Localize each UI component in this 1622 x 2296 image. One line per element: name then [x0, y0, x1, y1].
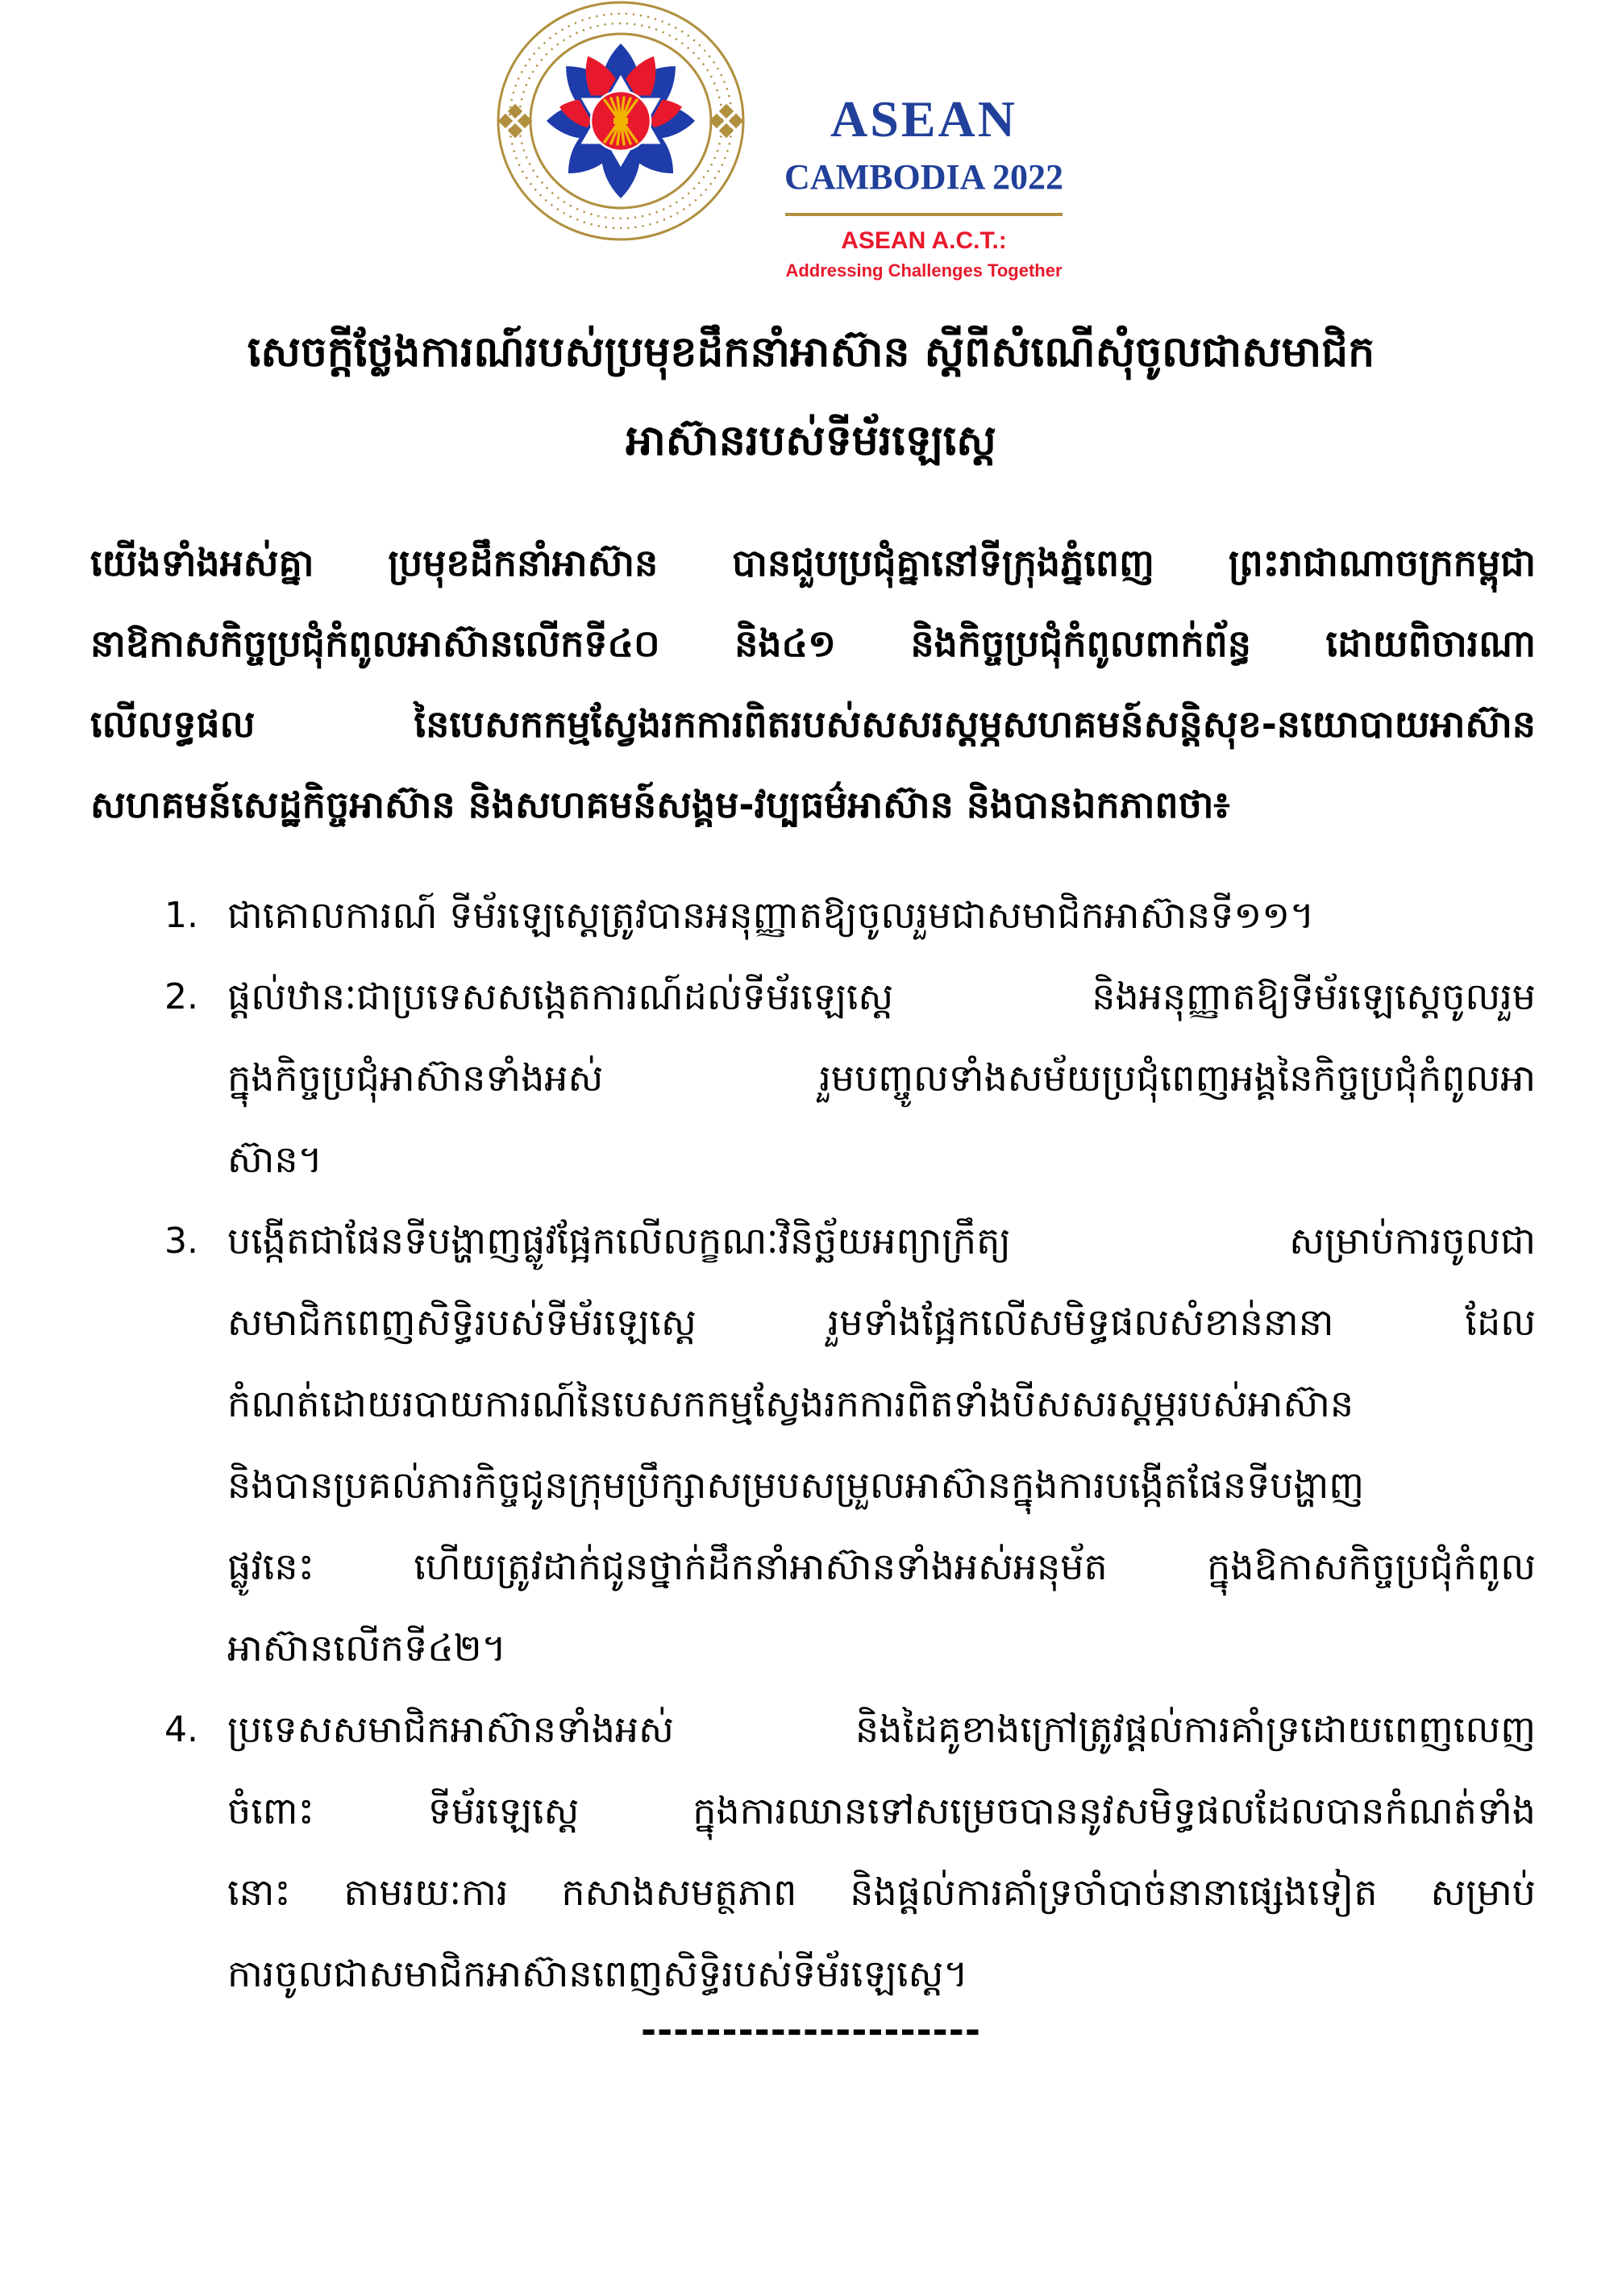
text-line: ជាគោលការណ៍ ទីម័រឡេស្តេត្រូវបានអនុញ្ញាតឱ្…: [227, 875, 1536, 956]
intro-paragraph: យើងទាំងអស់គ្នា ប្រមុខដឹកនាំអាស៊ាន បានជួប…: [90, 522, 1536, 845]
list-item-1: 1. ជាគោលការណ៍ ទីម័រឡេស្តេត្រូវបានអនុញ្ញា…: [90, 875, 1536, 956]
list-item-text: ប្រទេសសមាជិកអាស៊ានទាំងអស់ និងដៃគូខាងក្រៅ…: [227, 1689, 1536, 2015]
text-line: អាស៊ានលើកទី៤២។: [227, 1608, 1536, 1689]
text-line: ផ្លូវនេះ ហើយត្រូវដាក់ជូនថ្នាក់ដឹកនាំអាស៊…: [227, 1526, 1536, 1608]
intro-line: សហគមន៍សេដ្ឋកិច្ចអាស៊ាន និងសហគមន៍សង្គម-វប…: [90, 764, 1536, 845]
text-line: បង្កើតជាផែនទីបង្ហាញផ្លូវផ្អែកលើលក្ខណៈវិន…: [227, 1200, 1536, 1282]
text-line: ស៊ាន។: [227, 1119, 1536, 1200]
asean-cambodia-2022-emblem-icon: [495, 0, 747, 245]
list-item-text: បង្កើតជាផែនទីបង្ហាញផ្លូវផ្អែកលើលក្ខណៈវិន…: [227, 1200, 1536, 1689]
document-page: ASEAN CAMBODIA 2022 ASEAN A.C.T.: Addres…: [0, 0, 1622, 2296]
end-separator: ---------------------: [0, 1998, 1622, 2062]
logo-asean-text: ASEAN: [830, 94, 1017, 145]
text-line: កំណត់ដោយរបាយការណ៍នៃបេសកកម្មស្វែងរកការពិត…: [227, 1363, 1536, 1445]
text-line: ផ្តល់ឋានៈជាប្រទេសសង្កេតការណ៍ដល់ទីម័រឡេស្…: [227, 956, 1536, 1038]
numbered-list: 1. ជាគោលការណ៍ ទីម័រឡេស្តេត្រូវបានអនុញ្ញា…: [90, 875, 1536, 2015]
intro-line: លើលទ្ធផល នៃបេសកកម្មស្វែងរកការពិតរបស់សសរស…: [90, 684, 1536, 764]
logo-tagline-text: Addressing Challenges Together: [785, 260, 1062, 281]
intro-line: យើងទាំងអស់គ្នា ប្រមុខដឹកនាំអាស៊ាន បានជួប…: [90, 522, 1536, 603]
logo-act-text: ASEAN A.C.T.:: [841, 227, 1007, 254]
list-item-2: 2. ផ្តល់ឋានៈជាប្រទេសសង្កេតការណ៍ដល់ទីម័រឡ…: [90, 956, 1536, 1200]
text-line: ប្រទេសសមាជិកអាស៊ានទាំងអស់ និងដៃគូខាងក្រៅ…: [227, 1689, 1536, 1770]
statement-title-line-2: អាស៊ានរបស់ទីម័រឡេស្តេ: [0, 405, 1622, 477]
list-item-number: 4.: [164, 1689, 227, 1770]
logo-wordmark: ASEAN CAMBODIA 2022 ASEAN A.C.T.: Addres…: [782, 94, 1066, 281]
logo-cambodia-2022-text: CAMBODIA 2022: [784, 160, 1063, 195]
list-item-number: 2.: [164, 956, 227, 1038]
list-item-3: 3. បង្កើតជាផែនទីបង្ហាញផ្លូវផ្អែកលើលក្ខណៈ…: [90, 1200, 1536, 1689]
list-item-number: 1.: [164, 875, 227, 956]
text-line: ចំពោះ ទីម័រឡេស្តេ ក្នុងការឈានទៅសម្រេចបាន…: [227, 1770, 1536, 1852]
list-item-text: ផ្តល់ឋានៈជាប្រទេសសង្កេតការណ៍ដល់ទីម័រឡេស្…: [227, 956, 1536, 1200]
logo-gold-rule: [785, 213, 1063, 216]
gold-diamond-right: [709, 104, 743, 138]
gold-diamond-left: [498, 104, 532, 138]
intro-line: នាឱកាសកិច្ចប្រជុំកំពូលអាស៊ានលើកទី៤០ និង៤…: [90, 603, 1536, 684]
text-line: នោះ តាមរយៈការ កសាងសមត្ថភាព និងផ្តល់ការគា…: [227, 1852, 1536, 1933]
statement-title-line-1: សេចក្តីថ្លែងការណ៍របស់ប្រមុខដឹកនាំអាស៊ាន …: [0, 316, 1622, 389]
list-item-4: 4. ប្រទេសសមាជិកអាស៊ានទាំងអស់ និងដៃគូខាងក…: [90, 1689, 1536, 2015]
text-line: សមាជិកពេញសិទ្ធិរបស់ទីម័រឡេស្តេ រួមទាំងផ្…: [227, 1282, 1536, 1363]
text-line: និងបានប្រគល់ភារកិច្ចជូនក្រុមប្រឹក្សាសម្រ…: [227, 1445, 1536, 1526]
list-item-text: ជាគោលការណ៍ ទីម័រឡេស្តេត្រូវបានអនុញ្ញាតឱ្…: [227, 875, 1536, 956]
text-line: ក្នុងកិច្ចប្រជុំអាស៊ានទាំងអស់ រួមបញ្ចូលទ…: [227, 1038, 1536, 1119]
list-item-number: 3.: [164, 1200, 227, 1282]
